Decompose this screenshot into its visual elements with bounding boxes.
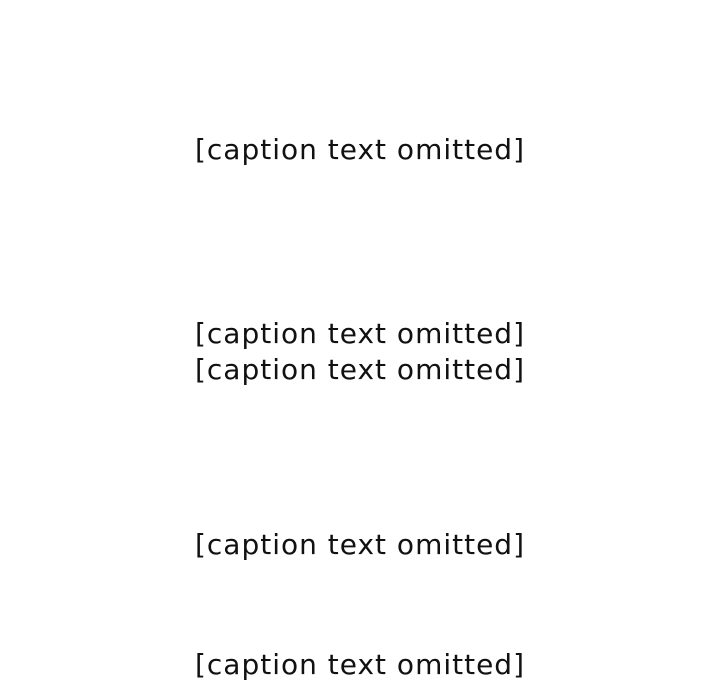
caption-line: [caption text omitted] <box>0 132 720 168</box>
caption-line: [caption text omitted] <box>0 316 720 352</box>
caption-line: [caption text omitted] <box>0 527 720 563</box>
caption-block-4: [caption text omitted] <box>0 647 720 683</box>
caption-block-1: [caption text omitted] <box>0 132 720 168</box>
caption-line: [caption text omitted] <box>0 352 720 388</box>
caption-block-3: [caption text omitted] <box>0 527 720 563</box>
caption-line: [caption text omitted] <box>0 647 720 683</box>
caption-block-2: [caption text omitted] [caption text omi… <box>0 316 720 388</box>
